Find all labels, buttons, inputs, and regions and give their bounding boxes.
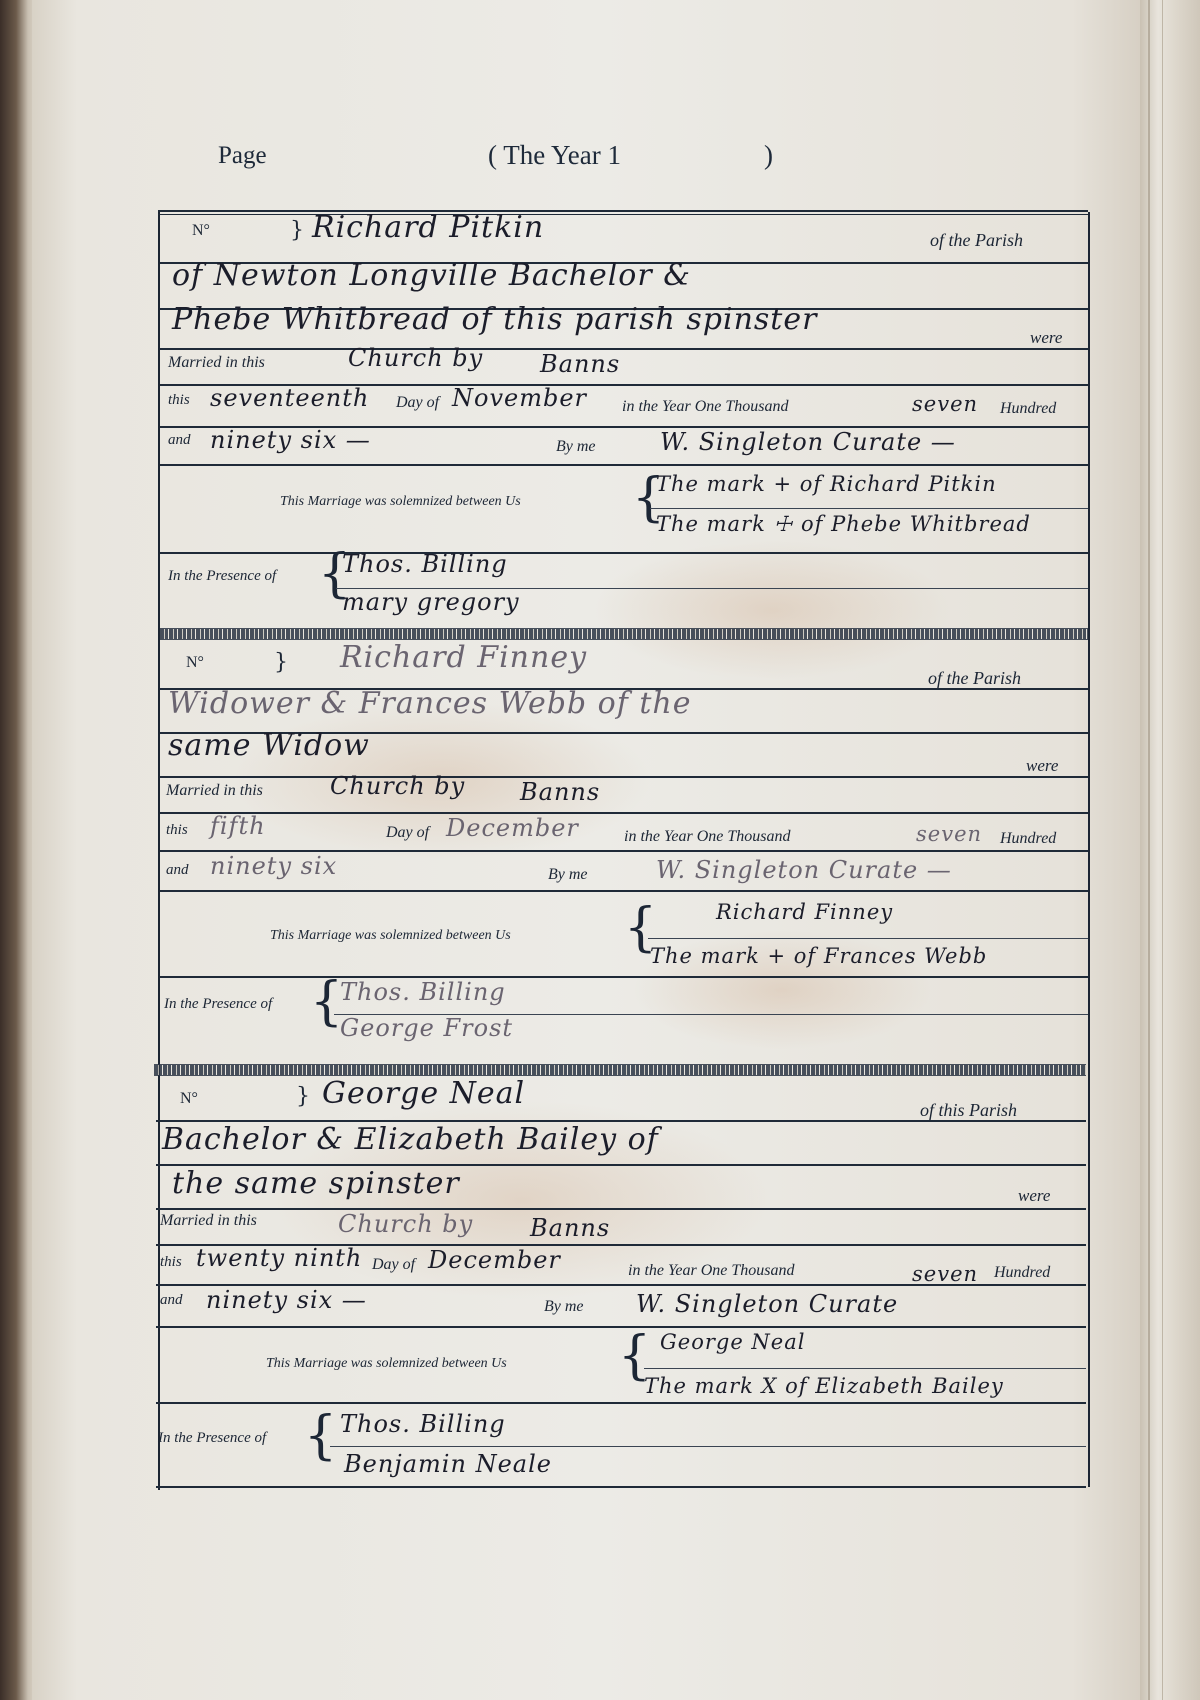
century: seven — [912, 392, 978, 416]
year-words: ninety six — [210, 852, 337, 880]
day: seventeenth — [210, 384, 369, 412]
parish-line-2: Phebe Whitbread of this parish spinster — [172, 302, 817, 337]
and-label: and — [160, 1292, 183, 1309]
witness-brace: { — [310, 972, 343, 1032]
century: seven — [916, 822, 982, 846]
parish-line-2: same Widow — [168, 728, 370, 763]
day-of-label: Day of — [396, 394, 439, 412]
were-label: were — [1026, 756, 1058, 776]
year-phrase: in the Year One Thousand — [622, 398, 789, 416]
officiant: W. Singleton Curate — [636, 1290, 898, 1318]
month: November — [452, 384, 587, 412]
this-label: this — [168, 392, 190, 409]
this-label: this — [166, 822, 188, 839]
day-of-label: Day of — [372, 1256, 415, 1274]
witness-2: mary gregory — [342, 588, 520, 616]
married-label: Married in this — [166, 782, 263, 800]
presence-label: In the Presence of — [158, 1430, 266, 1447]
month: December — [428, 1246, 561, 1274]
by-me-label: By me — [548, 866, 588, 884]
year-phrase: in the Year One Thousand — [624, 828, 791, 846]
parish-label: of the Parish — [928, 668, 1021, 689]
church-by: Church by — [348, 344, 483, 372]
this-label: this — [160, 1254, 182, 1271]
witness-1: Thos. Billing — [340, 978, 506, 1006]
parish-line-1: Widower & Frances Webb of the — [168, 686, 692, 721]
were-label: were — [1030, 328, 1062, 348]
church-by: Church by — [338, 1210, 473, 1238]
officiant: W. Singleton Curate — — [660, 428, 956, 456]
hundred-label: Hundred — [994, 1264, 1050, 1282]
day: twenty ninth — [196, 1244, 362, 1272]
witness-brace: { — [304, 1406, 337, 1466]
century: seven — [912, 1262, 978, 1286]
page-stack-edge — [1140, 0, 1200, 1700]
solemnized-label: This Marriage was solemnized between Us — [280, 494, 521, 510]
signature-2: The mark X of Elizabeth Bailey — [644, 1374, 1004, 1398]
signature-2: The mark ☩ of Phebe Whitbread — [656, 512, 1031, 536]
parish-label: of the Parish — [930, 230, 1023, 251]
method: Banns — [530, 1214, 610, 1242]
church-by: Church by — [330, 772, 465, 800]
groom-name: Richard Finney — [340, 640, 587, 675]
by-me-label: By me — [544, 1298, 584, 1316]
parish-line-2: the same spinster — [172, 1166, 460, 1201]
year-close: ) — [764, 140, 773, 171]
witness-2: George Frost — [340, 1014, 513, 1042]
officiant: W. Singleton Curate — — [656, 856, 952, 884]
parish-label: of this Parish — [920, 1100, 1017, 1121]
entry-number-label: N° — [186, 654, 204, 672]
year-words: ninety six — — [210, 426, 371, 454]
ornamental-divider — [160, 628, 1088, 640]
page-header: Page ( The Year 1 ) — [32, 142, 1162, 182]
married-label: Married in this — [160, 1212, 257, 1230]
number-brace: } — [290, 218, 304, 243]
hundred-label: Hundred — [1000, 830, 1056, 848]
hundred-label: Hundred — [1000, 400, 1056, 418]
number-brace: } — [296, 1084, 310, 1109]
ornamental-divider — [154, 1064, 1086, 1076]
year-phrase: in the Year One Thousand — [628, 1262, 795, 1280]
entry-number-label: N° — [192, 222, 210, 240]
witness-1: Thos. Billing — [340, 1410, 506, 1438]
page-label: Page — [218, 142, 267, 170]
day: fifth — [210, 812, 266, 840]
year-label: ( The Year 1 — [488, 140, 621, 171]
month: December — [446, 814, 579, 842]
witness-1: Thos. Billing — [342, 550, 508, 578]
by-me-label: By me — [556, 438, 596, 456]
were-label: were — [1018, 1186, 1050, 1206]
number-brace: } — [274, 650, 288, 675]
method: Banns — [540, 350, 620, 378]
and-label: and — [168, 432, 191, 449]
day-of-label: Day of — [386, 824, 429, 842]
witness-2: Benjamin Neale — [344, 1450, 552, 1478]
parish-line-1: of Newton Longville Bachelor & — [172, 258, 691, 293]
presence-label: In the Presence of — [164, 996, 272, 1013]
method: Banns — [520, 778, 600, 806]
signature-1: The mark + of Richard Pitkin — [656, 472, 997, 496]
year-words: ninety six — — [206, 1286, 367, 1314]
groom-name: George Neal — [322, 1076, 525, 1111]
signature-2: The mark + of Frances Webb — [650, 944, 987, 968]
and-label: and — [166, 862, 189, 879]
signature-1: Richard Finney — [716, 900, 893, 924]
groom-name: Richard Pitkin — [312, 210, 544, 245]
entry-number-label: N° — [180, 1090, 198, 1108]
presence-label: In the Presence of — [168, 568, 276, 585]
married-label: Married in this — [168, 354, 265, 372]
solemnized-label: This Marriage was solemnized between Us — [266, 1356, 507, 1372]
parish-line-1: Bachelor & Elizabeth Bailey of — [162, 1122, 659, 1157]
solemnized-label: This Marriage was solemnized between Us — [270, 928, 511, 944]
signature-1: George Neal — [660, 1330, 805, 1354]
